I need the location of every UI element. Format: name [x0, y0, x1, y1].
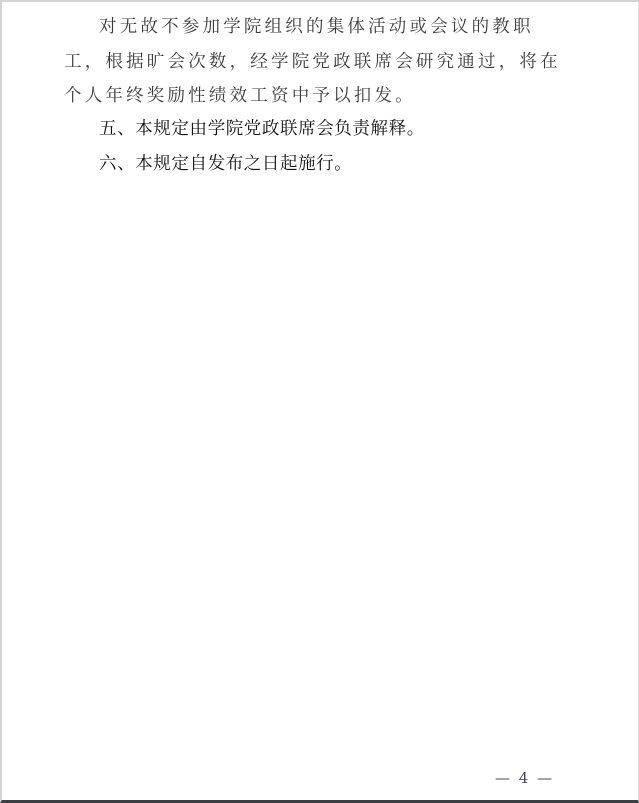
document-page: 对无故不参加学院组织的集体活动或会议的教职工，根据旷会次数，经学院党政联席会研究…	[0, 0, 639, 803]
clause-six-effective-date: 六、本规定自发布之日起施行。	[99, 152, 352, 176]
paragraph-absence-penalty: 对无故不参加学院组织的集体活动或会议的教职工，根据旷会次数，经学院党政联席会研究…	[64, 10, 574, 114]
page-number: — 4 —	[495, 769, 554, 787]
clause-five-interpretation: 五、本规定由学院党政联席会负责解释。	[99, 117, 425, 141]
